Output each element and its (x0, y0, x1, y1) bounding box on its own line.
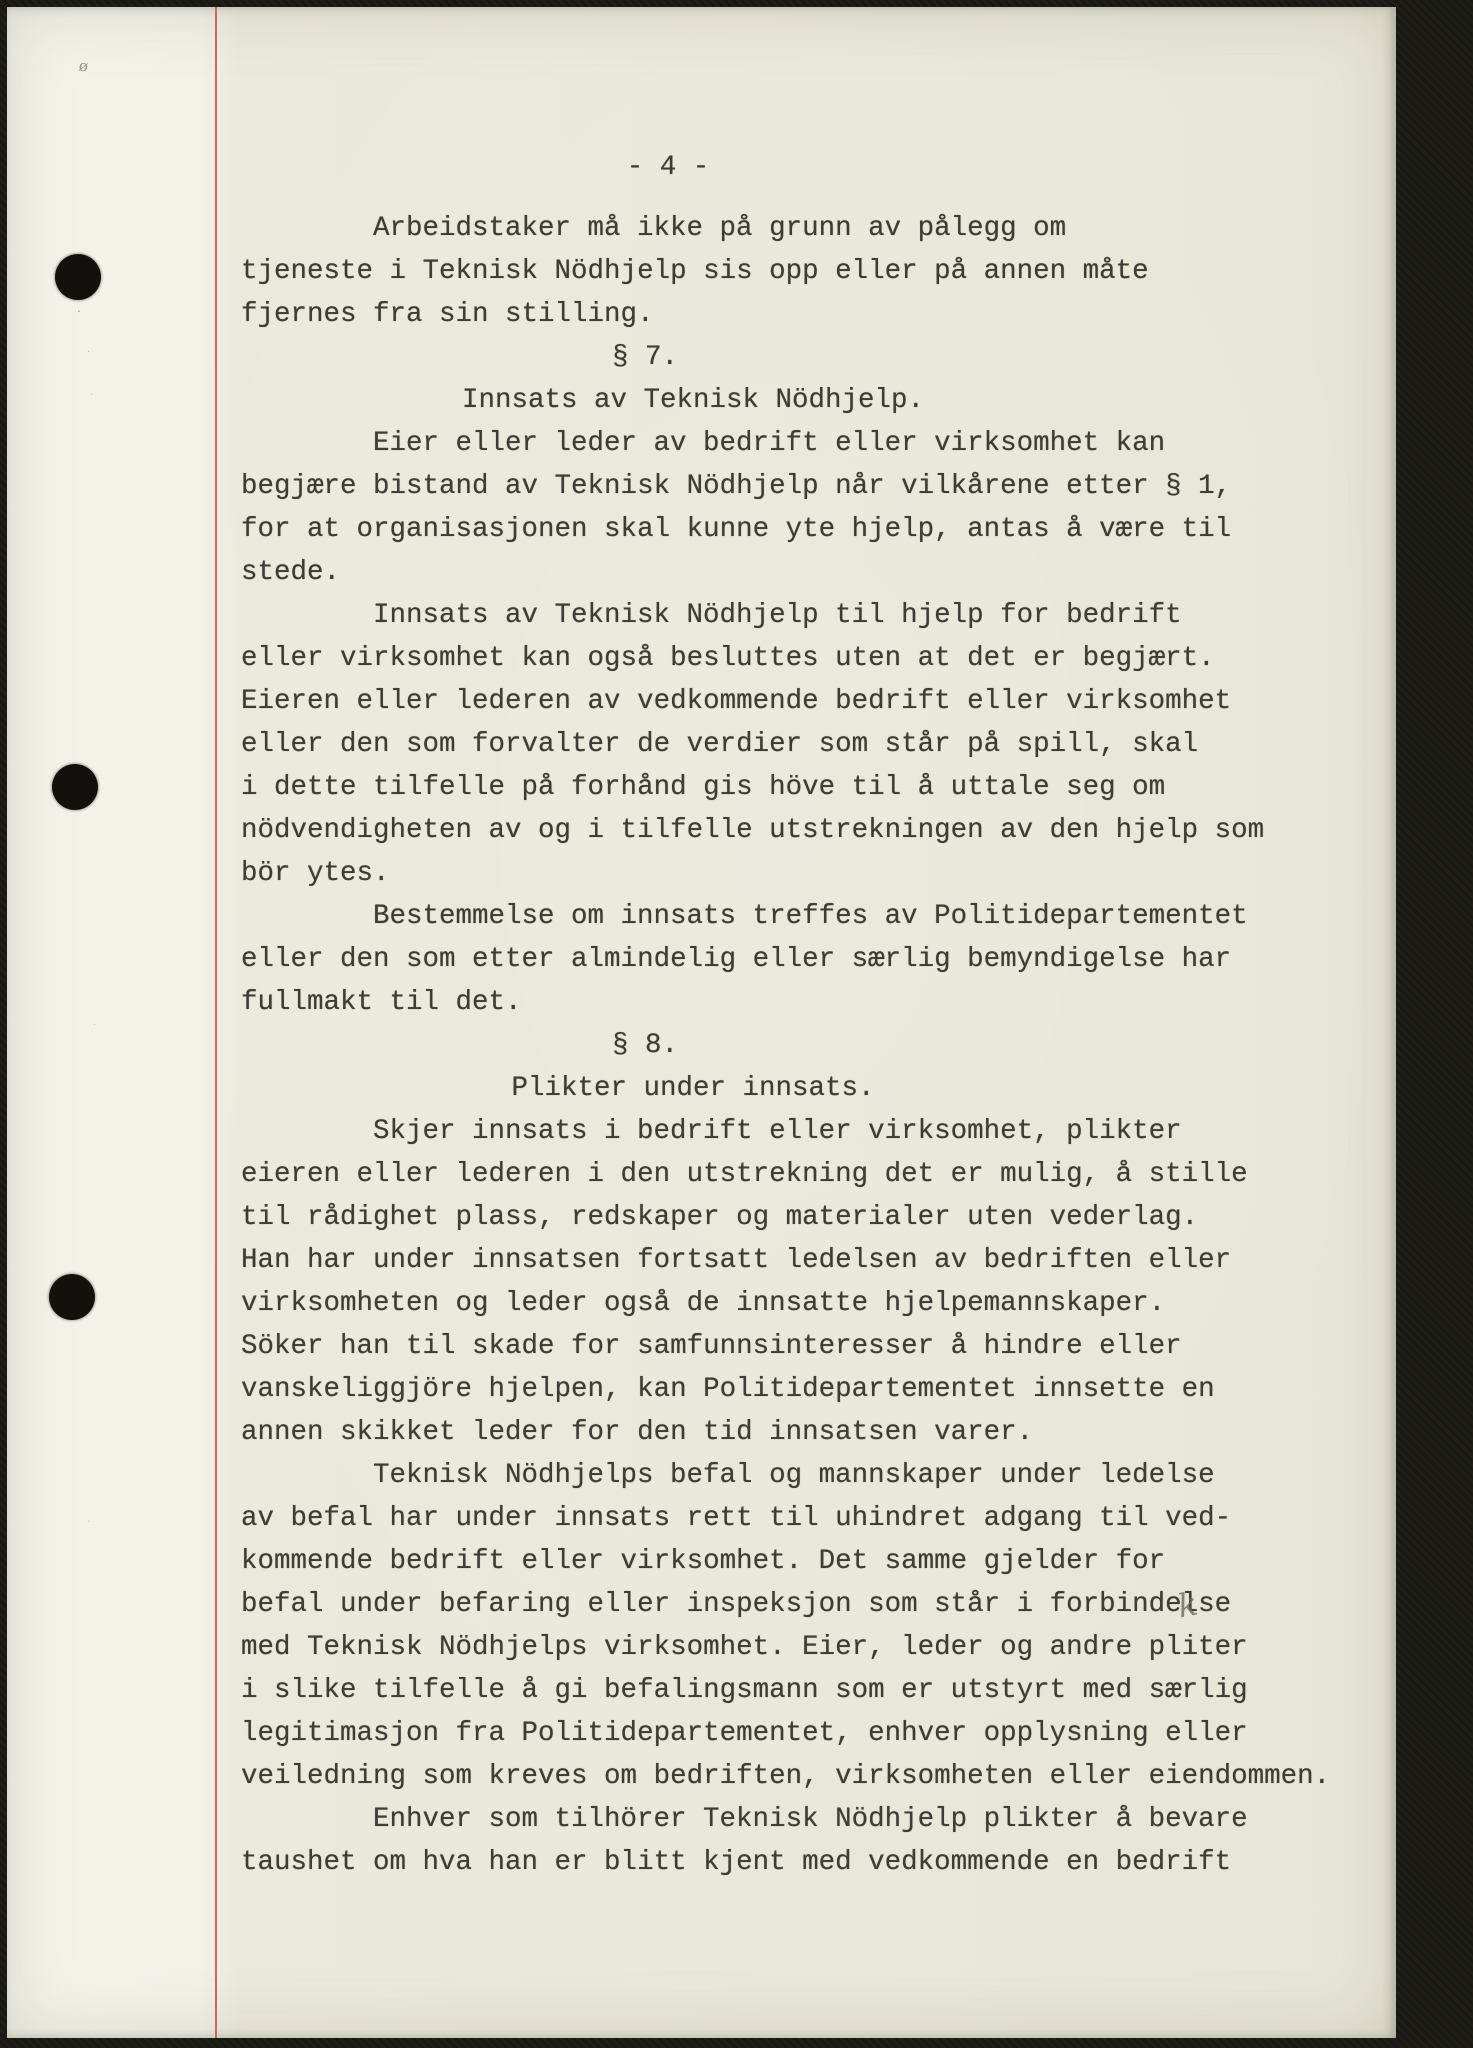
scan-speck: ø (78, 58, 89, 74)
text-line: eller virksomhet kan også besluttes uten… (241, 637, 1401, 680)
scan-speck: . (77, 302, 81, 314)
text-line: Eier eller leder av bedrift eller virkso… (241, 422, 1401, 465)
text-line: bör ytes. (241, 852, 1401, 895)
scan-speck: . (90, 388, 93, 398)
text-line: nödvendigheten av og i tilfelle utstrekn… (241, 809, 1401, 852)
text-line: Eieren eller lederen av vedkommende bedr… (241, 680, 1401, 723)
hole-punch (49, 1274, 95, 1320)
section-heading: § 7. (193, 336, 1097, 379)
text-line: eller den som etter almindelig eller sær… (241, 938, 1401, 981)
text-line: eller den som forvalter de verdier som s… (241, 723, 1401, 766)
section-title: Plikter under innsats. (241, 1067, 1145, 1110)
text-line: fullmakt til det. (241, 981, 1401, 1024)
text-line: virksomheten og leder også de innsatte h… (241, 1282, 1401, 1325)
text-line: i slike tilfelle å gi befalingsmann som … (241, 1669, 1401, 1712)
text-line: Bestemmelse om innsats treffes av Politi… (241, 895, 1401, 938)
scan-speck: . (87, 345, 90, 355)
hole-punch (55, 254, 101, 300)
text-line: i dette tilfelle på forhånd gis höve til… (241, 766, 1401, 809)
text-line: begjære bistand av Teknisk Nödhjelp når … (241, 465, 1401, 508)
text-line: legitimasjon fra Politidepartementet, en… (241, 1712, 1401, 1755)
text-line: taushet om hva han er blitt kjent med ve… (241, 1841, 1401, 1884)
page-number: - 4 - (583, 146, 753, 189)
text-line: av befal har under innsats rett til uhin… (241, 1497, 1401, 1540)
text-line: Teknisk Nödhjelps befal og mannskaper un… (241, 1454, 1401, 1497)
text-line: fjernes fra sin stilling. (241, 293, 1401, 336)
hole-punch (52, 764, 98, 810)
text-line: tjeneste i Teknisk Nödhjelp sis opp elle… (241, 250, 1401, 293)
text-line: Arbeidstaker må ikke på grunn av pålegg … (241, 207, 1401, 250)
red-margin-rule (215, 7, 217, 2038)
document-text: Arbeidstaker må ikke på grunn av pålegg … (241, 207, 1401, 1884)
text-line: kommende bedrift eller virksomhet. Det s… (241, 1540, 1401, 1583)
text-line: eieren eller lederen i den utstrekning d… (241, 1153, 1401, 1196)
text-line: Skjer innsats i bedrift eller virksomhet… (241, 1110, 1401, 1153)
text-line: med Teknisk Nödhjelps virksomhet. Eier, … (241, 1626, 1401, 1669)
text-line: Innsats av Teknisk Nödhjelp til hjelp fo… (241, 594, 1401, 637)
scan-speck: . (93, 1019, 96, 1028)
text-line: annen skikket leder for den tid innsatse… (241, 1411, 1401, 1454)
text-line: stede. (241, 551, 1401, 594)
text-line: for at organisasjonen skal kunne yte hje… (241, 508, 1401, 551)
text-line: Han har under innsatsen fortsatt ledelse… (241, 1239, 1401, 1282)
text-line: befal under befaring eller inspeksjon so… (241, 1583, 1401, 1626)
scan-speck: . (87, 1515, 90, 1525)
section-title: Innsats av Teknisk Nödhjelp. (241, 379, 1145, 422)
section-heading: § 8. (193, 1024, 1097, 1067)
text-line: vanskeliggjöre hjelpen, kan Politidepart… (241, 1368, 1401, 1411)
text-line: Enhver som tilhörer Teknisk Nödhjelp pli… (241, 1798, 1401, 1841)
text-line: Söker han til skade for samfunnsinteress… (241, 1325, 1401, 1368)
text-line: til rådighet plass, redskaper og materia… (241, 1196, 1401, 1239)
text-line: veiledning som kreves om bedriften, virk… (241, 1755, 1401, 1798)
